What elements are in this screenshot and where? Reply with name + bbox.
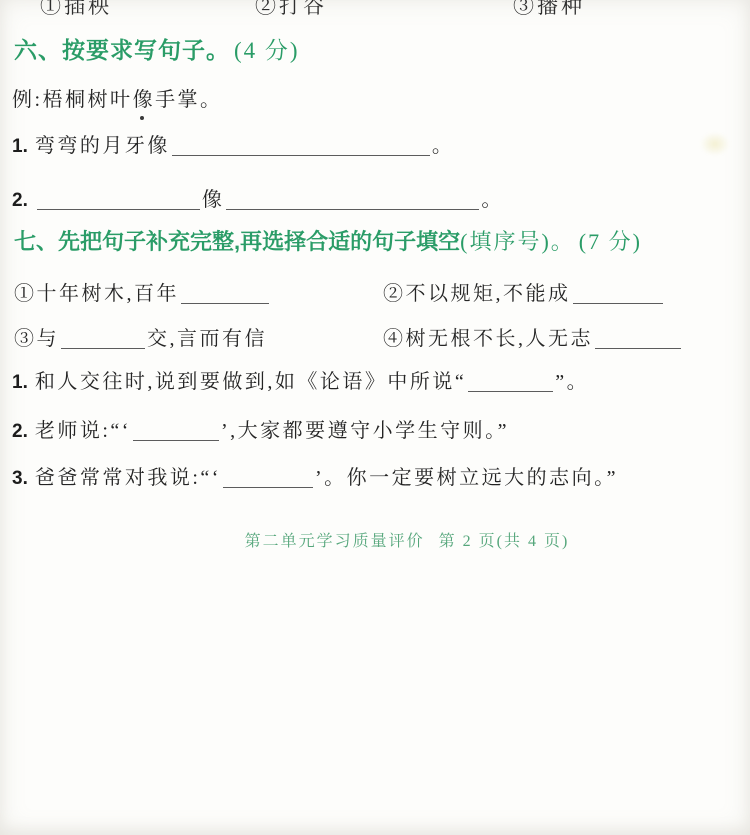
section7-question-2: 2.老师说:“‘’,大家都要遵守小学生守则。” [12, 414, 509, 443]
option-text: 十年树木,百年 [37, 283, 180, 305]
option-4: ④树无根不长,人无志 [383, 322, 683, 351]
section6-score: (4 分) [234, 38, 300, 63]
question-text-after: ”。 [555, 371, 589, 393]
option-text: 不以规矩,不能成 [406, 283, 571, 305]
answer-blank [172, 154, 430, 156]
section7-title-note: (填序号)。 [460, 229, 575, 254]
answer-blank [468, 390, 553, 392]
answer-blank [573, 302, 663, 304]
item-text: 像 [202, 189, 225, 211]
option-text: 树无根不长,人无志 [406, 328, 594, 350]
option-number: ① [14, 283, 37, 305]
clipped-option-2: ②打谷 [255, 0, 327, 16]
question-text-after: ’。你一定要树立远大的志向。” [315, 467, 618, 489]
item-period: 。 [432, 135, 455, 157]
section7-question-1: 1.和人交往时,说到要做到,如《论语》中所说“”。 [12, 365, 589, 394]
scan-stain [700, 132, 730, 156]
question-text-after: ’,大家都要遵守小学生守则。” [221, 420, 509, 442]
section6-title: 六、按要求写句子。 [14, 37, 230, 63]
example-emphasized-char: 像 [133, 83, 156, 112]
emphasis-dot [140, 116, 144, 120]
example-suffix: 手掌。 [155, 89, 223, 111]
section7-question-3: 3.爸爸常常对我说:“‘’。你一定要树立远大的志向。” [12, 461, 618, 490]
answer-blank [37, 208, 200, 210]
option-text-after: 交,言而有信 [147, 328, 267, 350]
question-number: 1. [12, 372, 28, 393]
page-footer: 第二单元学习质量评价第 2 页(共 4 页) [32, 528, 750, 551]
answer-blank [61, 347, 145, 349]
section6-item-2: 2.像。 [12, 183, 504, 212]
option-number: ② [383, 283, 406, 305]
option-number: ③ [14, 328, 37, 350]
answer-blank [133, 439, 219, 441]
item-number: 1. [12, 136, 28, 157]
answer-blank [181, 302, 269, 304]
footer-title: 第二单元学习质量评价 [245, 533, 425, 550]
example-prefix: 例:梧桐树叶 [12, 89, 133, 111]
question-number: 3. [12, 468, 28, 489]
question-text: 爸爸常常对我说:“‘ [35, 467, 221, 489]
question-text: 老师说:“‘ [35, 420, 131, 442]
option-1: ①十年树木,百年 [14, 277, 271, 306]
answer-blank [226, 208, 479, 210]
option-number: ④ [383, 328, 406, 350]
clipped-option-3: ③播种 [513, 0, 585, 16]
option-2: ②不以规矩,不能成 [383, 277, 665, 306]
item-number: 2. [12, 190, 28, 211]
section6-example: 例:梧桐树叶像手掌。 [12, 83, 223, 112]
item-period: 。 [481, 189, 504, 211]
answer-blank [223, 486, 313, 488]
question-number: 2. [12, 421, 28, 442]
section6-item-1: 1.弯弯的月牙像。 [12, 129, 454, 158]
answer-blank [595, 347, 681, 349]
section7-score: (7 分) [579, 229, 642, 254]
clipped-option-1: ①插秧 [40, 0, 112, 16]
item-text: 弯弯的月牙像 [35, 135, 170, 157]
section7-heading: 七、先把句子补充完整,再选择合适的句子填空(填序号)。(7 分) [14, 225, 642, 256]
section6-heading: 六、按要求写句子。(4 分) [14, 32, 300, 65]
option-text: 与 [37, 328, 60, 350]
option-3: ③与交,言而有信 [14, 322, 267, 351]
footer-page-indicator: 第 2 页(共 4 页) [439, 533, 570, 550]
clipped-option-row: ①插秧 ②打谷 ③播种 [0, 0, 750, 16]
question-text: 和人交往时,说到要做到,如《论语》中所说“ [35, 371, 466, 393]
section7-title: 七、先把句子补充完整,再选择合适的句子填空 [14, 229, 460, 254]
